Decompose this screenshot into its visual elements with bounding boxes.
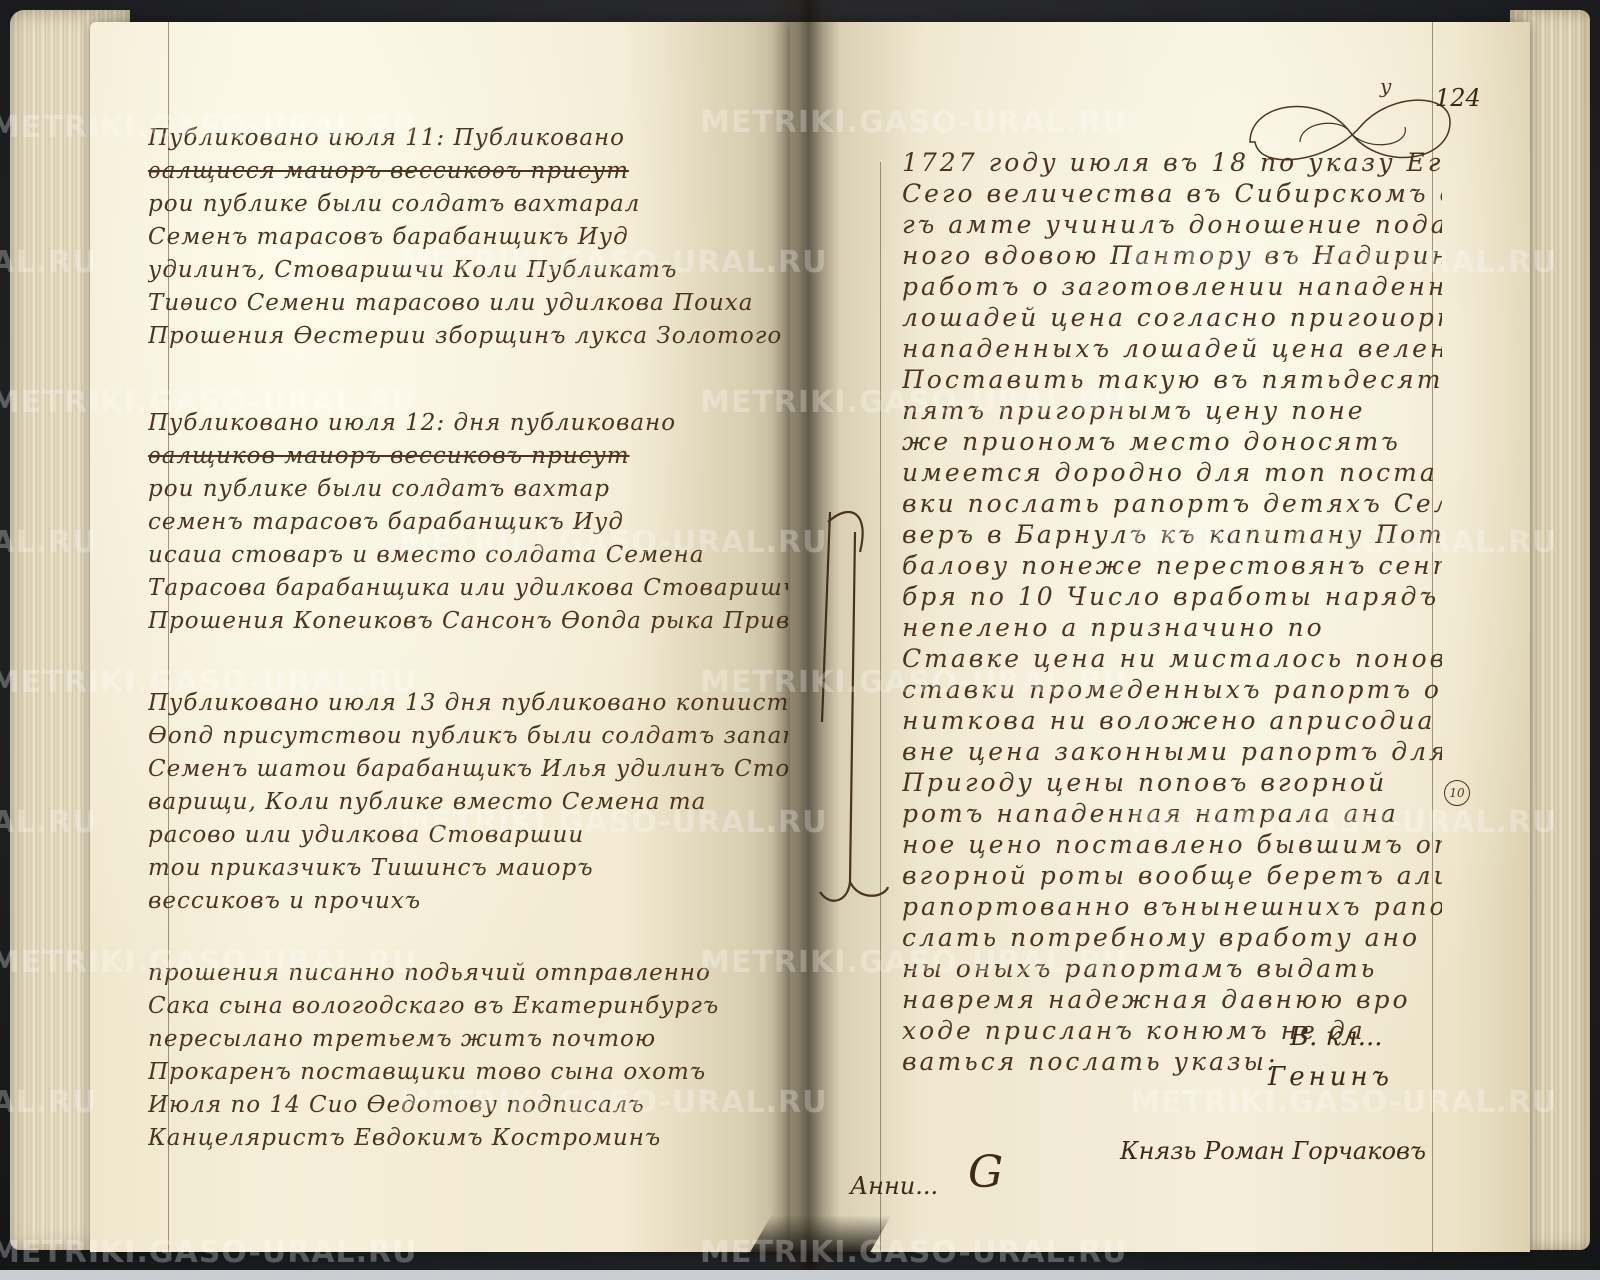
text-line: удилинъ, Стоваришчи Коли Публикатъ	[148, 254, 788, 287]
text-line: вки послать рапортъ детяхъ Село	[902, 488, 1442, 519]
text-line: гъ амте учинилъ доношение пода	[902, 209, 1442, 240]
text-line: непелено а призначино по	[902, 612, 1442, 643]
text-line: Канцеляристъ Евдокимъ Костроминъ	[148, 1122, 788, 1155]
text-line: Семенъ шатои барабанщикъ Илья удилинъ Ст…	[148, 753, 788, 786]
text-line: лошадей цена согласно пригоиорки	[902, 302, 1442, 333]
text-line: ротъ нападенная натрала ана	[902, 798, 1442, 829]
manuscript-scan: Публиковано июля 11: Публиковано ѳалщисс…	[0, 0, 1600, 1280]
right-page-text: 1727 году июля въ 18 по указу Его Импера…	[902, 147, 1442, 1077]
text-line: рои публике были солдатъ вахтарал	[148, 188, 788, 221]
text-line: ного вдовою Пантору въ Надиринца	[902, 240, 1442, 271]
right-page: у 124 1727 году июля въ 18 по указу Его …	[790, 22, 1530, 1252]
left-entry-2: Публиковано июля 12: дня публиковано ѳал…	[148, 407, 788, 638]
page-number: 124	[1435, 84, 1481, 112]
text-line: Поставить такую въ пятьдесятъ	[902, 364, 1442, 395]
bottom-signature: Анни...	[850, 1172, 938, 1200]
text-line: семенъ тарасовъ барабанщикъ Иуд	[148, 506, 788, 539]
text-line: Семенъ тарасовъ барабанщикъ Иуд	[148, 221, 788, 254]
text-line: Прокаренъ поставщики тово сына охотъ	[148, 1056, 788, 1089]
text-line: веръ в Барнулъ къ капитану Пото	[902, 519, 1442, 550]
text-line: расово или удилкова Стоваршии	[148, 819, 788, 852]
gutter-gap	[748, 1215, 891, 1255]
text-line: Публиковано июля 12: дня публиковано	[148, 407, 788, 440]
text-line: 1727 году июля въ 18 по указу Его Импера…	[902, 147, 1442, 178]
margin-signature-flourish	[800, 492, 890, 912]
text-line: навремя надежная давнюю вро	[902, 984, 1442, 1015]
text-line: рапортованно вънынешнихъ рапортъ опо	[902, 891, 1442, 922]
text-line: вессиковъ и прочихъ	[148, 885, 788, 918]
text-line: же приономъ место доносятъ	[902, 426, 1442, 457]
text-line: тои приказчикъ Тишинсъ маиоръ	[148, 852, 788, 885]
text-line: вгорной роты вообще беретъ алитъ	[902, 860, 1442, 891]
text-line: слать потребному вработу ано	[902, 922, 1442, 953]
circled-marginal-note: 10	[1444, 780, 1470, 806]
text-line: Тиѳисо Семени тарасово или удилкова Поих…	[148, 287, 788, 320]
text-line: пятъ пригорнымъ цену поне	[902, 395, 1442, 426]
text-line: ѳалщисся маиоръ вессикоѳъ присут	[148, 155, 788, 188]
text-line: балову понеже перестовянъ сентя	[902, 550, 1442, 581]
text-line: ставки промеденныхъ рапортъ обои	[902, 674, 1442, 705]
bottom-mark: G	[968, 1147, 1003, 1198]
text-line: ѳалщиков маиоръ вессиковъ присут	[148, 440, 788, 473]
bottom-bar	[0, 1270, 1600, 1280]
signature-genin: Генинъ	[1268, 1062, 1393, 1092]
text-line: Прошения Ѳестерии зборщинъ лукса Золотог…	[148, 320, 788, 353]
text-line: ниткова ни воложено априсодиа	[902, 705, 1442, 736]
signature-gorchakov: Князь Роман Горчаковъ	[1120, 1137, 1426, 1165]
text-line: Прошения Копеиковъ Сансонъ Ѳопда рыка Пр…	[148, 605, 788, 638]
text-line: нападенныхъ лошадей цена велено	[902, 333, 1442, 364]
text-line: Публиковано июля 11: Публиковано	[148, 122, 788, 155]
text-line: прошения писанно подьячий отправленно	[148, 957, 788, 990]
text-line: пересылано третьемъ житъ почтою	[148, 1023, 788, 1056]
text-line: исаиа стоваръ и вместо солдата Семена	[148, 539, 788, 572]
text-line: Пригоду цены поповъ вгорной	[902, 767, 1442, 798]
text-line: Сака сына вологодскаго въ Екатеринбургъ	[148, 990, 788, 1023]
text-line: Тарасова барабанщика или удилкова Стовар…	[148, 572, 788, 605]
text-line: Публиковано июля 13 дня публиковано копи…	[148, 687, 788, 720]
text-line: варищи, Коли публике вместо Семена та	[148, 786, 788, 819]
text-line: Июля по 14 Сио Ѳедотову подписалъ	[148, 1089, 788, 1122]
text-line: бря по 10 Число вработы нарядъ	[902, 581, 1442, 612]
text-line: вне цена законными рапортъ для	[902, 736, 1442, 767]
text-line: Сего величества въ Сибирскомъ оберъ бер	[902, 178, 1442, 209]
text-line: рои публике были солдатъ вахтар	[148, 473, 788, 506]
text-line: ны оныхъ рапортамъ выдать	[902, 953, 1442, 984]
signature-1: В. кл...	[1290, 1022, 1383, 1052]
left-entry-1: Публиковано июля 11: Публиковано ѳалщисс…	[148, 122, 788, 353]
left-entry-4: прошения писанно подьячий отправленно Са…	[148, 957, 788, 1155]
left-entry-3: Публиковано июля 13 дня публиковано копи…	[148, 687, 788, 918]
text-line: Ѳопд присутствои публикъ были солдатъ за…	[148, 720, 788, 753]
text-line: ное цено поставлено бывшимъ опсолъ	[902, 829, 1442, 860]
left-page: Публиковано июля 11: Публиковано ѳалщисс…	[90, 22, 800, 1252]
text-line: работъ о заготовлении нападенныхъ	[902, 271, 1442, 302]
text-line: Ставке цена ни мисталось поново по	[902, 643, 1442, 674]
text-line: имеется дородно для топ поста	[902, 457, 1442, 488]
folio-mark-above: у	[1380, 74, 1393, 98]
